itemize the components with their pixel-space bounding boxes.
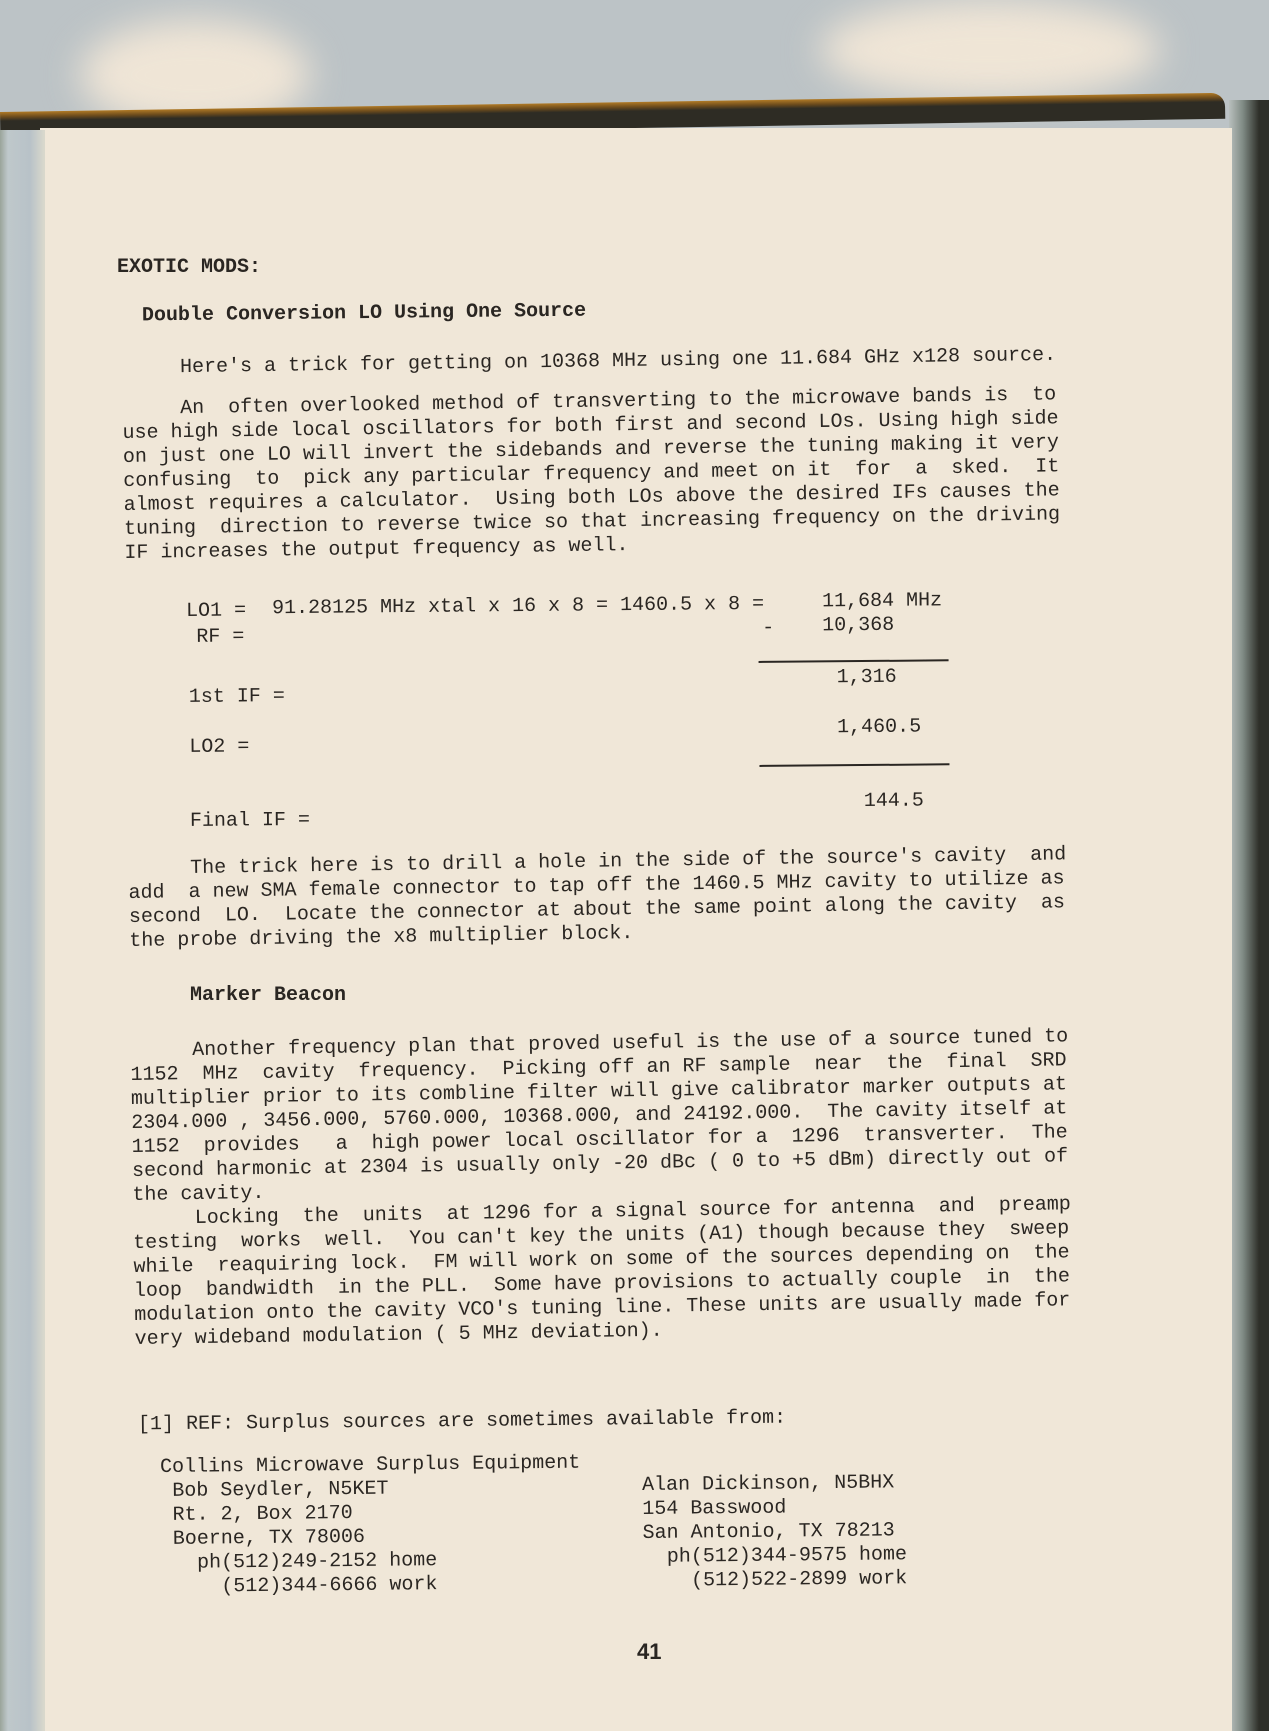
page-number: 41 (637, 1640, 661, 1664)
contact-collins: Collins Microwave Surplus Equipment Bob … (160, 1452, 582, 1600)
background-highlight (820, 0, 1160, 100)
rf-value: 10,368 (822, 614, 894, 639)
article-heading-marker-beacon: Marker Beacon (190, 984, 346, 1008)
contact-line: 154 Basswood (642, 1495, 906, 1522)
if1-label: 1st IF = (189, 685, 285, 710)
page-edge-right (1229, 100, 1269, 1731)
lo1-expression: 91.28125 MHz xtal x 16 x 8 = 1460.5 x 8 … (272, 593, 764, 621)
contact-dickinson: Alan Dickinson, N5BHX 154 Basswood San A… (642, 1471, 907, 1594)
section-title: EXOTIC MODS: (117, 256, 261, 280)
lo1-label: LO1 = (186, 599, 246, 624)
contact-line: (512)344-6666 work (161, 1572, 581, 1600)
rf-label: RF = (196, 625, 244, 649)
contact-line: Alan Dickinson, N5BHX (642, 1471, 906, 1498)
paragraph-drill-trick: The trick here is to drill a hole in the… (128, 843, 1066, 954)
page-edge-left (0, 130, 45, 1731)
lo2-value: 1,460.5 (837, 716, 921, 741)
contact-line: San Antonio, TX 78213 (643, 1519, 907, 1546)
if1-value: 1,316 (837, 666, 897, 691)
lo2-label: LO2 = (189, 735, 249, 760)
lo1-value: 11,684 MHz (822, 589, 942, 614)
contact-line: ph(512)344-9575 home (643, 1543, 907, 1570)
final-if-value: 144.5 (864, 790, 924, 815)
final-if-label: Final IF = (190, 809, 310, 834)
contact-line: (512)522-2899 work (643, 1567, 907, 1594)
paragraph-lo-method: An often overlooked method of transverti… (122, 383, 1061, 566)
rf-operator: - (762, 617, 774, 641)
paragraph-frequency-plan: Another frequency plan that proved usefu… (130, 1025, 1071, 1352)
article-heading-double-conversion: Double Conversion LO Using One Source (142, 300, 586, 329)
